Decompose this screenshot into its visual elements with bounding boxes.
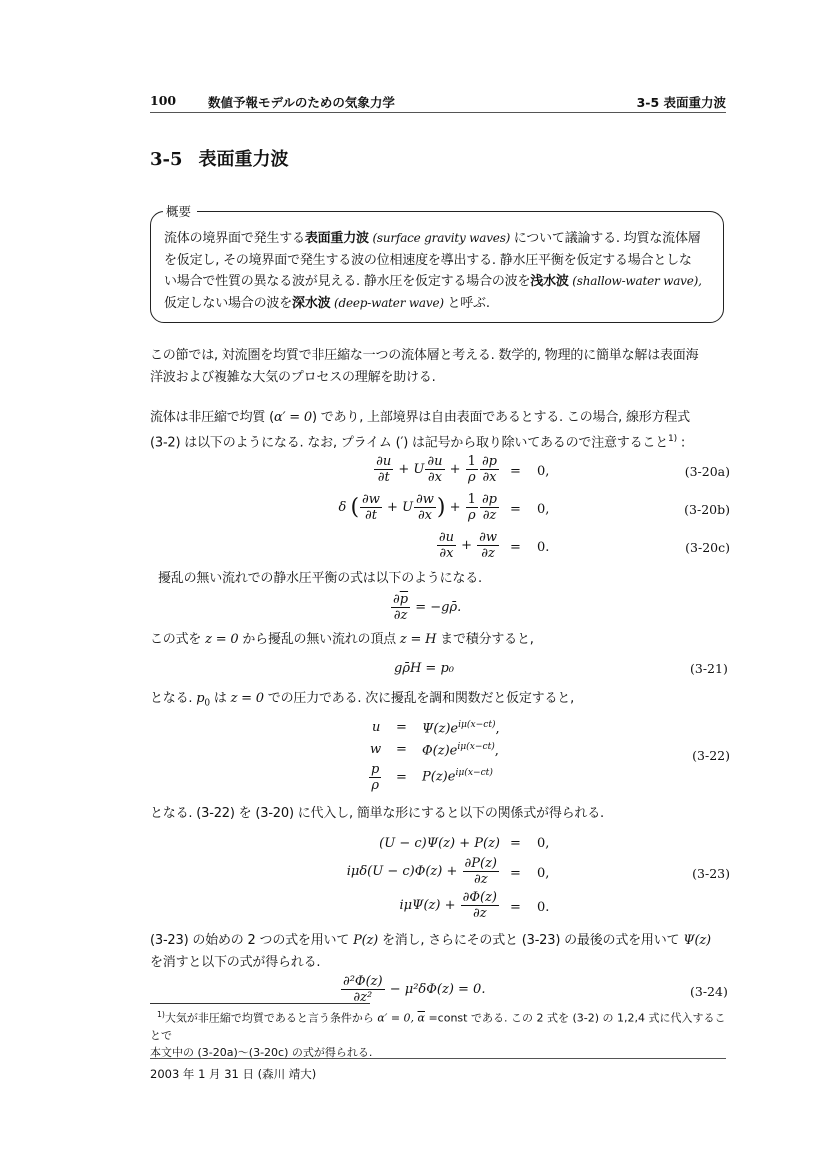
math-inline: α′ = 0, [377,1012,417,1025]
section-number: 3-5 [150,149,183,170]
eq-rhs: 0. [537,900,549,915]
eq-rhs: Φ(z) [422,743,450,758]
summary-line-4: 仮定しない場合の波を深水波 (deep-water wave) と呼ぶ. [164,293,724,315]
footnote-marker[interactable]: 1) [668,434,677,444]
text: い場合で性質の異なる波が見える. 静水圧を仮定する場合の波を [164,274,530,289]
eq-lhs: iμΨ(z) + ∂Φ(z)∂z [399,890,500,921]
text: 仮定しない場合の波を [164,296,292,311]
equation-tag: (3-20a) [685,464,730,479]
equation-3-21: gρ̄H = p₀ [394,661,454,676]
paragraph-4: この式を z = 0 から擾乱の無い流れの頂点 z = H まで積分すると, [150,629,534,651]
math-inline: z = 0 [205,632,238,647]
eq-rhs: 0, [537,464,549,479]
eq-lhs: w [370,742,381,757]
paragraph-6: となる. (3-22) を (3-20) に代入し, 簡単な形にすると以下の関係… [150,803,604,825]
paragraph-2: 流体は非圧縮で均質 (α′ = 0) であり, 上部境界は自由表面であるとする.… [150,407,730,453]
text: ) であり, 上部境界は自由表面であるとする. この場合, 線形方程式 [312,410,690,425]
term-english: (surface gravity waves) [369,231,514,245]
equation-hydrostatic: ∂p∂z = −gρ̄. [390,592,461,623]
text-line: (3-2) は以下のようになる. なお, プライム (′) は記号から取り除いて… [150,429,730,454]
text-line: この節では, 対流圏を均質で非圧縮な一つの流体層と考える. 数学的, 物理的に簡… [150,345,730,367]
text-line: 1)大気が非圧縮で均質であると言う条件から α′ = 0, α =const で… [150,1006,730,1044]
math-inline: Ψ(z) [683,933,711,948]
footnote-rule [150,1003,370,1004]
text: となる. [150,691,196,706]
header-rule [150,112,726,113]
section-title: 表面重力波 [199,149,289,170]
text: 流体の境界面で発生する [164,231,305,246]
punct: , [496,721,500,736]
text: での圧力である. 次に擾乱を調和関数だと仮定すると, [264,691,574,706]
eq-3-20b-lhs: δ (∂w∂t + U∂w∂x) + 1ρ∂p∂z [338,492,500,523]
running-header: 100 数値予報モデルのための気象力学 3-5 表面重力波 [150,93,726,111]
paragraph-3: 擾乱の無い流れでの静水圧平衡の式は以下のようになる. [158,568,482,590]
equation-3-23: (U − c)Ψ(z) + P(z) = 0, iμδ(U − c)Φ(z) +… [330,836,730,926]
eq-rhs: P(z) [422,769,448,784]
text: 大気が非圧縮で均質であると言う条件から [165,1012,378,1025]
equation-3-24: ∂²Φ(z)∂z² − μ²δΦ(z) = 0. [340,974,485,1005]
section-heading: 3-5表面重力波 [150,145,289,171]
math-inline: P(z) [353,933,378,948]
eq-lhs-frac: pρ [368,762,382,793]
term-english: (deep-water wave) [330,296,447,310]
math-inline: α′ = 0 [274,410,312,425]
equation-3-20: ∂u∂t + U∂u∂x + 1ρ∂p∂x = 0, (3-20a) δ (∂w… [330,454,730,566]
page-number: 100 [150,93,176,108]
term-deep-water-wave: 深水波 [292,296,330,311]
text: : [677,435,685,450]
math-inline: z = 0 [231,691,264,706]
text: について議論する. 均質な流体層 [514,231,701,246]
equation-tag: (3-24) [690,984,728,999]
math-inline: z = H [400,632,436,647]
equation-3-22: u = Ψ(z)eiμ(x−ct), w = Φ(z)eiμ(x−ct), pρ… [360,720,730,800]
eq-exponent: iμ(x−ct) [458,720,495,730]
text: この式を [150,632,205,647]
text-line: (3-23) の始めの 2 つの式を用いて P(z) を消し, さらにその式と … [150,930,730,952]
equation-tag: (3-20c) [685,540,730,555]
text-line: 洋波および複雑な大気のプロセスの理解を助ける. [150,367,730,389]
footer-date-author: 2003 年 1 月 31 日 (森川 靖大) [150,1066,316,1082]
paragraph-7: (3-23) の始めの 2 つの式を用いて P(z) を消し, さらにその式と … [150,930,730,973]
eq-rhs: 0, [537,836,549,851]
eq-rhs: 0. [537,540,549,555]
eq-lhs: (U − c)Ψ(z) + P(z) [379,836,500,851]
summary-line-1: 流体の境界面で発生する表面重力波 (surface gravity waves)… [164,228,724,250]
text-line: 流体は非圧縮で均質 (α′ = 0) であり, 上部境界は自由表面であるとする.… [150,407,730,429]
footnote: 1)大気が非圧縮で均質であると言う条件から α′ = 0, α =const で… [150,1006,730,1061]
text: は [210,691,231,706]
equation-tag: (3-23) [692,866,730,881]
text: を消し, さらにその式と (3-23) の最後の式を用いて [378,933,683,948]
eq-exponent: iμ(x−ct) [455,768,492,778]
summary-box-label: 概要 [163,202,197,220]
text-line: を消すと以下の式が得られる. [150,952,730,974]
book-title: 数値予報モデルのための気象力学 [208,93,395,111]
eq-lhs: u [372,720,380,735]
equation-tag: (3-20b) [684,502,730,517]
eq-3-20c-lhs: ∂u∂x + ∂w∂z [436,530,500,561]
eq-rhs: 0, [537,502,549,517]
text: (3-2) は以下のようになる. なお, プライム (′) は記号から取り除いて… [150,435,668,450]
eq-rhs: − μ²δΦ(z) = 0. [390,982,486,997]
text: から擾乱の無い流れの頂点 [238,632,399,647]
paragraph-5: となる. p0 は z = 0 での圧力である. 次に擾乱を調和関数だと仮定する… [150,688,574,715]
eq-rhs: 0, [537,866,549,881]
paragraph-1: この節では, 対流圏を均質で非圧縮な一つの流体層と考える. 数学的, 物理的に簡… [150,345,730,388]
text: と呼ぶ. [447,296,489,311]
text: 流体は非圧縮で均質 ( [150,410,274,425]
summary-text: 流体の境界面で発生する表面重力波 (surface gravity waves)… [164,228,724,314]
footnote-marker: 1) [157,1010,165,1019]
term-surface-gravity-wave: 表面重力波 [305,231,369,246]
text: (3-23) の始めの 2 つの式を用いて [150,933,353,948]
eq-exponent: iμ(x−ct) [457,742,494,752]
text: まで積分すると, [436,632,533,647]
term-shallow-water-wave: 浅水波 [530,274,568,289]
summary-line-3: い場合で性質の異なる波が見える. 静水圧を仮定する場合の波を浅水波 (shall… [164,271,724,293]
punct: , [495,743,499,758]
footer-rule [150,1058,726,1059]
eq-lhs: iμδ(U − c)Φ(z) + ∂P(z)∂z [347,856,500,887]
equation-tag: (3-21) [690,661,728,676]
running-section-title: 3-5 表面重力波 [637,93,726,111]
term-english: (shallow-water wave), [569,274,702,288]
eq-rhs: = −gρ̄. [415,600,461,615]
eq-3-20a-lhs: ∂u∂t + U∂u∂x + 1ρ∂p∂x [373,454,500,485]
summary-line-2: を仮定し, その境界面で発生する波の位相速度を導出する. 静水圧平衡を仮定する場… [164,250,724,272]
eq-rhs: Ψ(z) [422,721,450,736]
equation-tag: (3-22) [692,748,730,763]
math-inline: α [418,1012,425,1025]
